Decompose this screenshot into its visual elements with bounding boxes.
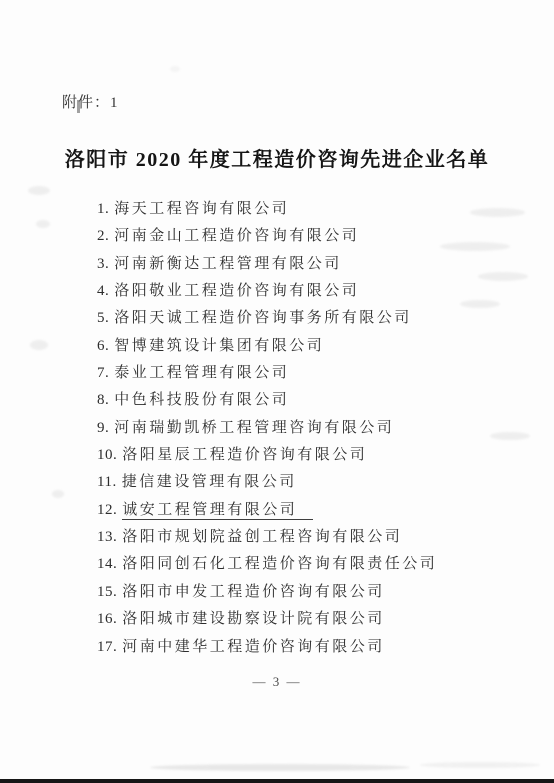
scan-noise xyxy=(28,186,50,195)
scan-noise xyxy=(478,272,528,281)
scan-noise xyxy=(52,490,64,498)
list-item: 12.诚安工程管理有限公司 xyxy=(97,497,437,524)
page-number: — 3 — xyxy=(0,674,554,690)
list-item: 2.河南金山工程造价咨询有限公司 xyxy=(97,223,437,250)
list-item: 5.洛阳天诚工程造价咨询事务所有限公司 xyxy=(97,305,437,332)
list-item: 9.河南瑞勤凯桥工程管理咨询有限公司 xyxy=(97,415,437,442)
item-number: 12. xyxy=(97,502,117,518)
list-item: 6.智博建筑设计集团有限公司 xyxy=(97,333,437,360)
item-number: 13. xyxy=(97,529,117,545)
item-number: 10. xyxy=(97,447,117,463)
company-name: 洛阳敬业工程造价咨询有限公司 xyxy=(114,283,359,299)
company-name: 捷信建设管理有限公司 xyxy=(122,474,297,490)
company-name: 河南瑞勤凯桥工程管理咨询有限公司 xyxy=(114,420,394,436)
list-item: 1.海天工程咨询有限公司 xyxy=(97,196,437,223)
scan-noise xyxy=(30,340,48,350)
company-name: 洛阳星辰工程造价咨询有限公司 xyxy=(122,447,367,463)
scan-noise xyxy=(470,208,525,217)
item-number: 4. xyxy=(97,283,109,299)
list-item: 7.泰业工程管理有限公司 xyxy=(97,360,437,387)
list-item: 4.洛阳敬业工程造价咨询有限公司 xyxy=(97,278,437,305)
list-item: 3.河南新衡达工程管理有限公司 xyxy=(97,251,437,278)
scan-noise xyxy=(490,432,530,440)
company-name: 河南新衡达工程管理有限公司 xyxy=(114,256,342,272)
item-number: 3. xyxy=(97,256,109,272)
item-number: 17. xyxy=(97,639,117,655)
company-list: 1.海天工程咨询有限公司2.河南金山工程造价咨询有限公司3.河南新衡达工程管理有… xyxy=(97,196,437,661)
company-name: 智博建筑设计集团有限公司 xyxy=(114,338,324,354)
list-item: 10.洛阳星辰工程造价咨询有限公司 xyxy=(97,442,437,469)
company-name: 诚安工程管理有限公司 xyxy=(122,502,313,520)
scan-noise xyxy=(36,220,50,228)
item-number: 5. xyxy=(97,310,109,326)
scan-noise xyxy=(460,300,500,308)
company-name: 泰业工程管理有限公司 xyxy=(114,365,289,381)
list-item: 17.河南中建华工程造价咨询有限公司 xyxy=(97,634,437,661)
company-name: 洛阳市规划院益创工程咨询有限公司 xyxy=(122,529,402,545)
scan-edge-artifact xyxy=(0,779,554,783)
item-number: 1. xyxy=(97,201,109,217)
company-name: 河南金山工程造价咨询有限公司 xyxy=(114,228,359,244)
item-number: 16. xyxy=(97,611,117,627)
item-number: 14. xyxy=(97,556,117,572)
list-item: 11.捷信建设管理有限公司 xyxy=(97,469,437,496)
company-name: 河南中建华工程造价咨询有限公司 xyxy=(122,639,385,655)
company-name: 洛阳城市建设勘察设计院有限公司 xyxy=(122,611,385,627)
item-number: 8. xyxy=(97,392,109,408)
scan-mark-artifact xyxy=(77,100,80,113)
scan-noise xyxy=(420,762,540,768)
list-item: 8.中色科技股份有限公司 xyxy=(97,387,437,414)
list-item: 14.洛阳同创石化工程造价咨询有限责任公司 xyxy=(97,551,437,578)
company-name: 洛阳天诚工程造价咨询事务所有限公司 xyxy=(114,310,412,326)
scan-noise xyxy=(170,66,180,72)
scan-noise xyxy=(440,242,510,251)
attachment-label: 附件：1 xyxy=(62,91,119,112)
company-name: 洛阳市申发工程造价咨询有限公司 xyxy=(122,584,385,600)
company-name: 中色科技股份有限公司 xyxy=(114,392,289,408)
item-number: 2. xyxy=(97,228,109,244)
list-item: 15.洛阳市申发工程造价咨询有限公司 xyxy=(97,579,437,606)
document-page: 附件：1 洛阳市 2020 年度工程造价咨询先进企业名单 1.海天工程咨询有限公… xyxy=(0,0,554,783)
item-number: 9. xyxy=(97,420,109,436)
item-number: 7. xyxy=(97,365,109,381)
list-item: 13.洛阳市规划院益创工程咨询有限公司 xyxy=(97,524,437,551)
scan-noise xyxy=(150,764,410,771)
page-title: 洛阳市 2020 年度工程造价咨询先进企业名单 xyxy=(0,143,554,172)
item-number: 11. xyxy=(97,474,117,490)
company-name: 海天工程咨询有限公司 xyxy=(114,201,289,217)
item-number: 15. xyxy=(97,584,117,600)
list-item: 16.洛阳城市建设勘察设计院有限公司 xyxy=(97,606,437,633)
company-name: 洛阳同创石化工程造价咨询有限责任公司 xyxy=(122,556,437,572)
item-number: 6. xyxy=(97,338,109,354)
